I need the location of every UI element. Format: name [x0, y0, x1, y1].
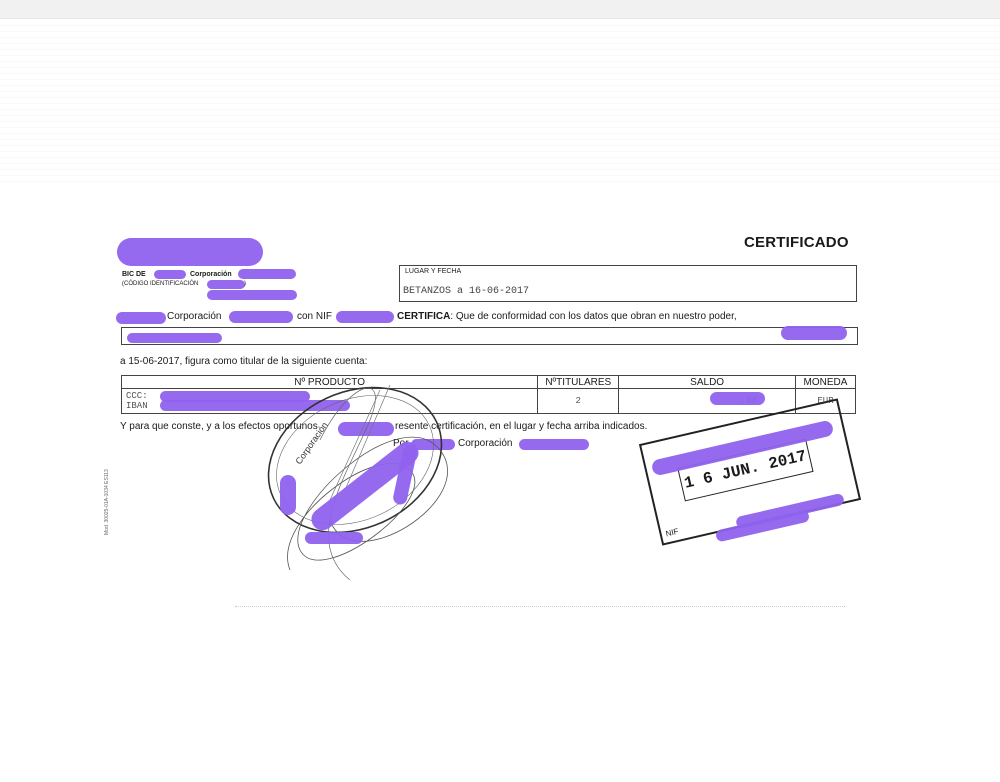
account-intro: a 15-06-2017, figura como titular de la … — [120, 356, 367, 367]
form-code: Mod. 30025-01A-1034 ES113 — [104, 469, 110, 535]
scan-top-band — [0, 0, 1000, 19]
bic-label: BIC DE — [122, 271, 146, 278]
code-label: (CÓDIGO IDENTIFICACIÓN — [122, 281, 198, 287]
place-date-box: LUGAR Y FECHA BETANZOS a 16-06-2017 — [399, 265, 857, 302]
redacted-closing-corp — [519, 439, 589, 450]
col-header-currency: MONEDA — [796, 376, 856, 389]
certify-corp: Corporación — [167, 311, 221, 322]
document-title: CERTIFICADO — [744, 234, 849, 251]
stamp-nif-label: NIF — [665, 527, 680, 539]
redacted-bic — [154, 270, 186, 279]
certify-nif: con NIF — [297, 311, 332, 322]
redacted-bic-name — [238, 269, 296, 279]
bottom-dotted-line — [235, 606, 845, 607]
redacted-nif — [336, 311, 394, 323]
redacted-bank-logo — [117, 238, 263, 266]
holder-box — [121, 327, 858, 345]
redacted-holder — [127, 333, 222, 343]
bic-corp: Corporación — [190, 271, 232, 278]
code-close: ) — [244, 281, 246, 287]
redacted-bank-name — [116, 312, 166, 324]
redacted-code — [207, 280, 245, 289]
certify-text: CERTIFICA: Que de conformidad con los da… — [397, 311, 737, 322]
scan-noise — [0, 22, 1000, 182]
redacted-balance — [710, 392, 765, 405]
closing-corp: Corporación — [458, 438, 512, 449]
col-header-balance: SALDO — [619, 376, 796, 389]
cell-balance: ,86 — [619, 389, 796, 414]
redacted-address — [207, 290, 297, 300]
place-date-value: BETANZOS a 16-06-2017 — [403, 286, 529, 297]
redacted-seal-4 — [305, 532, 363, 544]
col-header-holders: NºTITULARES — [538, 376, 619, 389]
redacted-corp-name — [229, 311, 293, 323]
cell-holders: 2 — [538, 389, 619, 414]
redacted-seal-2 — [280, 475, 296, 515]
place-date-label: LUGAR Y FECHA — [405, 268, 461, 275]
redacted-holder-2 — [781, 326, 847, 340]
